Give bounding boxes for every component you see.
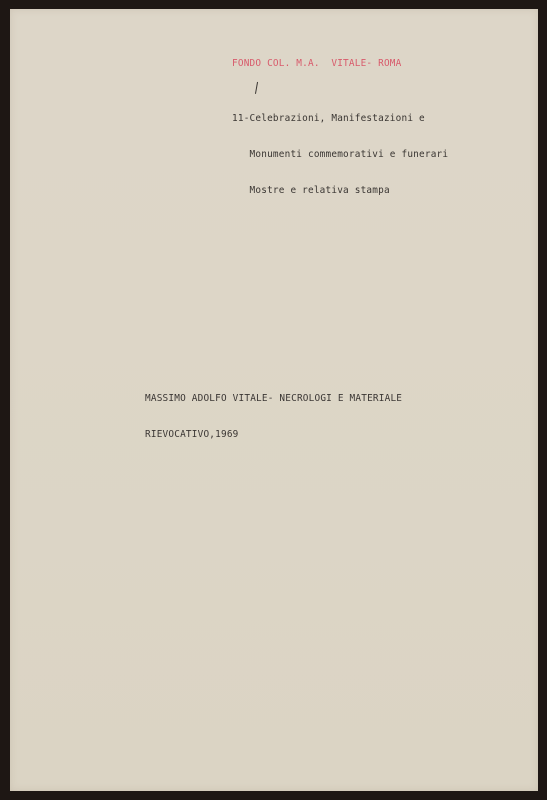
series-number: 11- [232,113,250,124]
series-line: Mostre e relativa stampa [250,185,390,196]
title-line: RIEVOCATIVO,1969 [145,429,402,441]
title-line: MASSIMO ADOLFO VITALE- NECROLOGI E MATER… [145,393,402,405]
series-block: 11-Celebrazioni, Manifestazioni e Monume… [232,89,448,209]
collection-header: FONDO COL. M.A. VITALE- ROMA [232,58,401,70]
series-line: Celebrazioni, Manifestazioni e [250,113,425,124]
series-line: Monumenti commemorativi e funerari [250,149,449,160]
document-title: MASSIMO ADOLFO VITALE- NECROLOGI E MATER… [145,369,402,453]
